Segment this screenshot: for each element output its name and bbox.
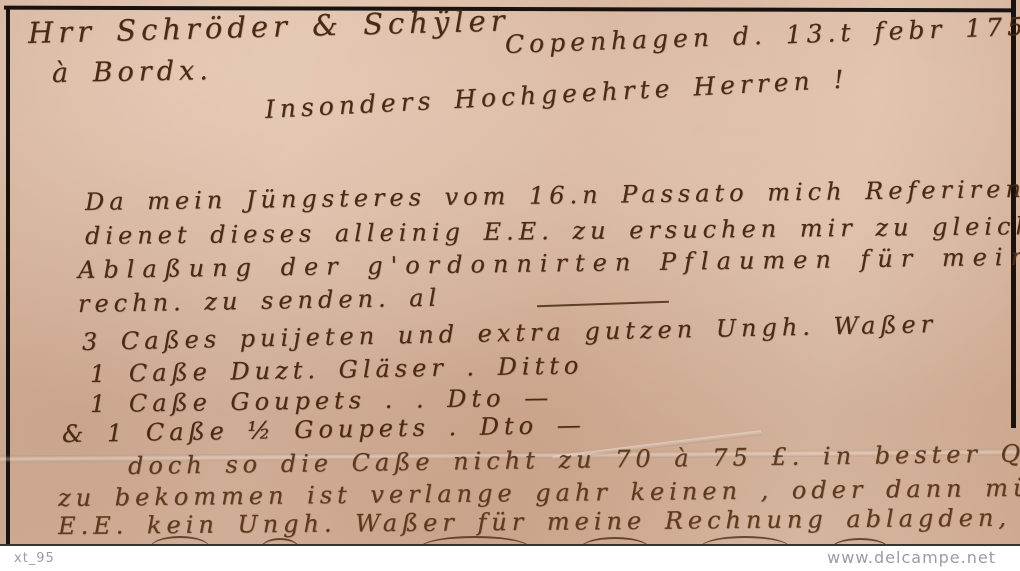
order-line: 1 Caße Duzt. Gläser . Ditto [90, 351, 584, 388]
scan-frame-left [6, 7, 10, 546]
recipient-city-line: à Bordx. [52, 55, 213, 89]
body-line: rechn. zu senden. al [78, 284, 442, 318]
recipient-name-line: Hrr Schröder & Schÿler [28, 3, 510, 50]
order-line: 3 Caßes puijeten und extra gutzen Ungh. … [82, 310, 938, 356]
watermark-bar: xt_95 www.delcampe.net [0, 544, 1020, 571]
salutation-line: Insonders Hochgeehrte Herren ! [264, 64, 849, 124]
watermark-id: xt_95 [14, 551, 55, 566]
scan-frame-top [4, 6, 1016, 13]
dash-rule [537, 301, 669, 308]
body-line: Da mein Jüngsteres vom 16.n Passato mich… [85, 174, 1020, 216]
date-line: Copenhagen d. 13.t febr 1753 [504, 11, 1020, 59]
letter-scan: Hrr Schröder & Schÿler à Bordx. Copenhag… [0, 0, 1020, 571]
watermark-site: www.delcampe.net [827, 548, 996, 567]
letter-paper: Hrr Schröder & Schÿler à Bordx. Copenhag… [0, 0, 1020, 546]
